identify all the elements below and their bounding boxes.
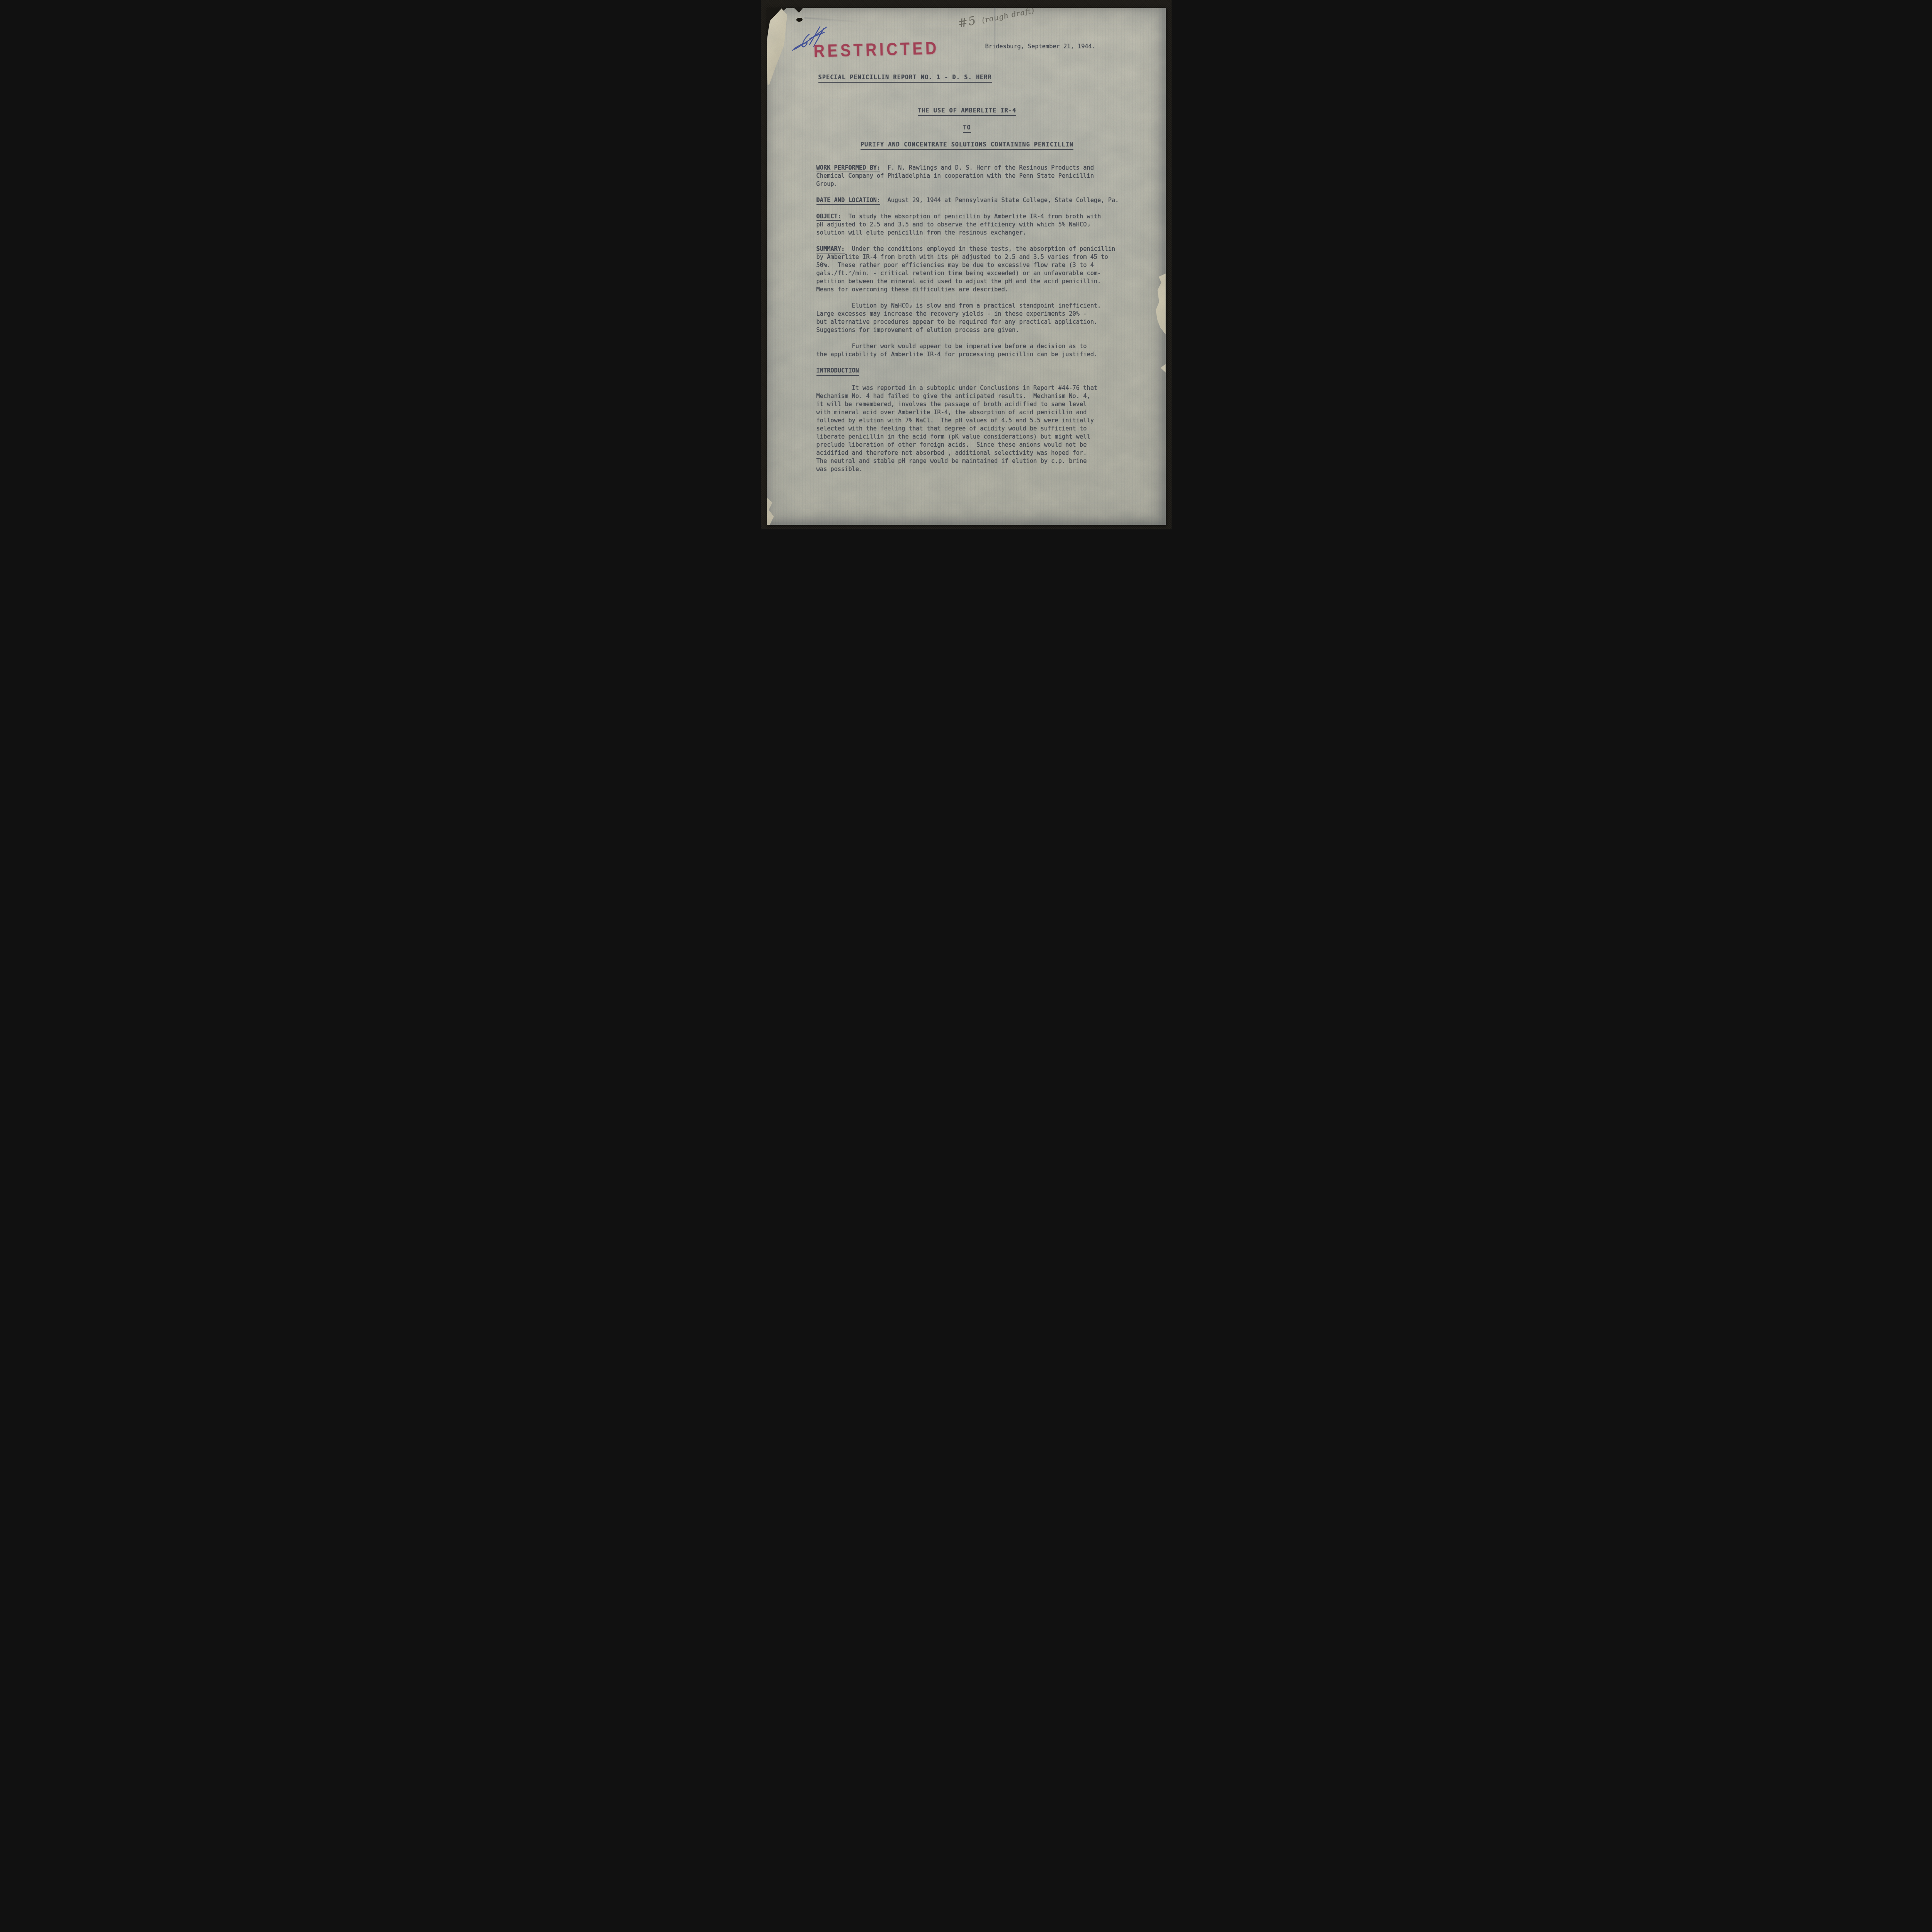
main-title-line-2-text: TO [963,124,971,133]
elution-text: Elution by NaHCO₃ is slow and from a pra… [816,302,1101,333]
introduction-text: It was reported in a subtopic under Conc… [816,384,1098,473]
main-title-line-1: THE USE OF AMBERLITE IR-4 [812,107,1122,116]
date-location-paragraph: DATE AND LOCATION: August 29, 1944 at Pe… [816,196,1127,204]
document-body: WORK PERFORMED BY: F. N. Rawlings and D.… [816,164,1127,481]
object-label: OBJECT: [816,213,841,221]
main-title-line-1-text: THE USE OF AMBERLITE IR-4 [918,107,1016,116]
top-edge-notch [794,8,803,13]
pencil-annotation-number: #5 [957,14,978,31]
main-title-line-2: TO [812,124,1122,133]
pencil-annotation: #5(rough draft) [957,2,1035,31]
report-heading-text: SPECIAL PENICILLIN REPORT NO. 1 - D. S. … [818,73,992,83]
vertical-crease [994,8,995,70]
object-text: To study the absorption of penicillin by… [816,213,1101,236]
pencil-annotation-note: (rough draft) [981,6,1035,25]
introduction-paragraph: It was reported in a subtopic under Conc… [816,384,1127,473]
introduction-heading-text: INTRODUCTION [816,367,859,376]
introduction-heading: INTRODUCTION [816,367,1127,376]
right-edge-tear [1155,274,1166,337]
elution-paragraph: Elution by NaHCO₃ is slow and from a pra… [816,302,1127,334]
restricted-stamp: RESTRICTED [813,39,939,62]
object-paragraph: OBJECT: To study the absorption of penic… [816,213,1127,237]
summary-text: Under the conditions employed in these t… [816,245,1116,293]
scan-background: RESTRICTED #5(rough draft) Bridesburg, S… [761,0,1172,529]
summary-label: SUMMARY: [816,245,845,253]
work-performed-label: WORK PERFORMED BY: [816,164,881,172]
further-work-paragraph: Further work would appear to be imperati… [816,342,1127,359]
work-performed-paragraph: WORK PERFORMED BY: F. N. Rawlings and D.… [816,164,1127,188]
date-location-label: DATE AND LOCATION: [816,197,881,205]
bottom-left-ragged-edge [767,498,777,525]
summary-paragraph: SUMMARY: Under the conditions employed i… [816,245,1127,294]
paper: RESTRICTED #5(rough draft) Bridesburg, S… [767,8,1166,525]
main-title-line-3-text: PURIFY AND CONCENTRATE SOLUTIONS CONTAIN… [861,141,1073,150]
further-work-text: Further work would appear to be imperati… [816,343,1098,358]
dateline: Bridesburg, September 21, 1944. [985,43,1096,51]
report-heading: SPECIAL PENICILLIN REPORT NO. 1 - D. S. … [818,73,992,83]
date-location-text: August 29, 1944 at Pennsylvania State Co… [880,197,1119,204]
main-title-line-3: PURIFY AND CONCENTRATE SOLUTIONS CONTAIN… [812,141,1122,150]
right-edge-nick [1160,364,1166,372]
